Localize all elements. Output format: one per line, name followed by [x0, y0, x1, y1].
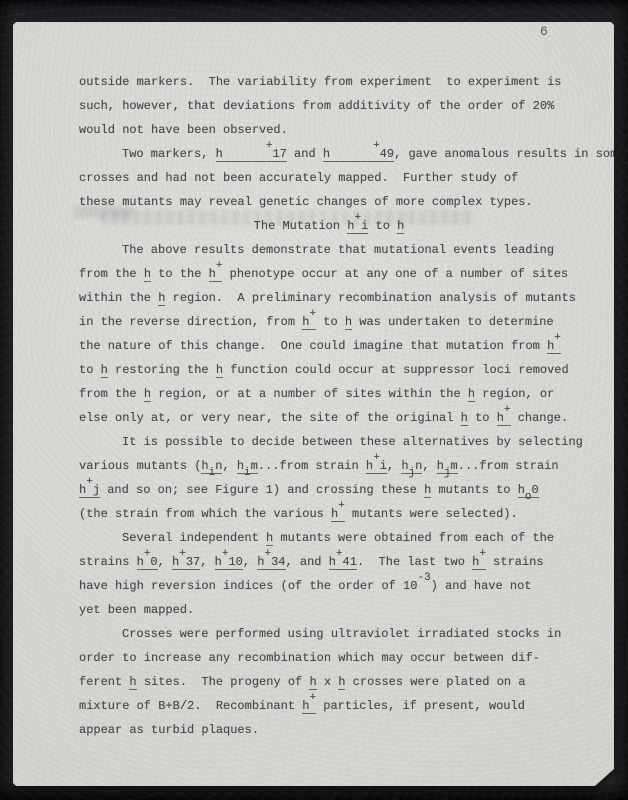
text-line: It is possible to decide between these a…	[79, 430, 579, 454]
text-line: from the h to the h+ phenotype occur at …	[79, 262, 579, 286]
text-line: have high reversion indices (of the orde…	[79, 574, 579, 598]
document-page: 6 outside markers. The variability from …	[13, 22, 614, 786]
text-line: crosses and had not been accurately mapp…	[79, 166, 579, 190]
text-line: Crosses were performed using ultraviolet…	[79, 622, 579, 646]
typed-text-body: outside markers. The variability from ex…	[79, 70, 579, 742]
text-line: h+j and so on; see Figure 1) and crossin…	[79, 478, 579, 502]
page-number: 6	[540, 24, 548, 39]
section-heading: The Mutation h+i to h	[79, 214, 579, 238]
text-line: outside markers. The variability from ex…	[79, 70, 579, 94]
text-line: strains h+0, h+37, h+10, h+34, and h+41.…	[79, 550, 579, 574]
text-line: ferent h sites. The progeny of h x h cro…	[79, 670, 579, 694]
text-line: would not have been observed.	[79, 118, 579, 142]
text-line: these mutants may reveal genetic changes…	[79, 190, 579, 214]
text-line: the nature of this change. One could ima…	[79, 334, 579, 358]
text-line: Two markers, h+17 and h+49, gave anomalo…	[79, 142, 579, 166]
text-line: such, however, that deviations from addi…	[79, 94, 579, 118]
text-line: else only at, or very near, the site of …	[79, 406, 579, 430]
text-line: Several independent h mutants were obtai…	[79, 526, 579, 550]
text-line: The above results demonstrate that mutat…	[79, 238, 579, 262]
text-line: appear as turbid plaques.	[79, 718, 579, 742]
text-line: mixture of B+B/2. Recombinant h+ particl…	[79, 694, 579, 718]
paper-shadow-wrap: 6 outside markers. The variability from …	[13, 22, 614, 786]
text-line: order to increase any recombination whic…	[79, 646, 579, 670]
text-line: various mutants (hin, him...from strain …	[79, 454, 579, 478]
text-line: yet been mapped.	[79, 598, 579, 622]
text-line: (the strain from which the various h+ mu…	[79, 502, 579, 526]
text-line: within the h region. A preliminary recom…	[79, 286, 579, 310]
text-line: from the h region, or at a number of sit…	[79, 382, 579, 406]
text-line: in the reverse direction, from h+ to h w…	[79, 310, 579, 334]
text-line: to h restoring the h function could occu…	[79, 358, 579, 382]
